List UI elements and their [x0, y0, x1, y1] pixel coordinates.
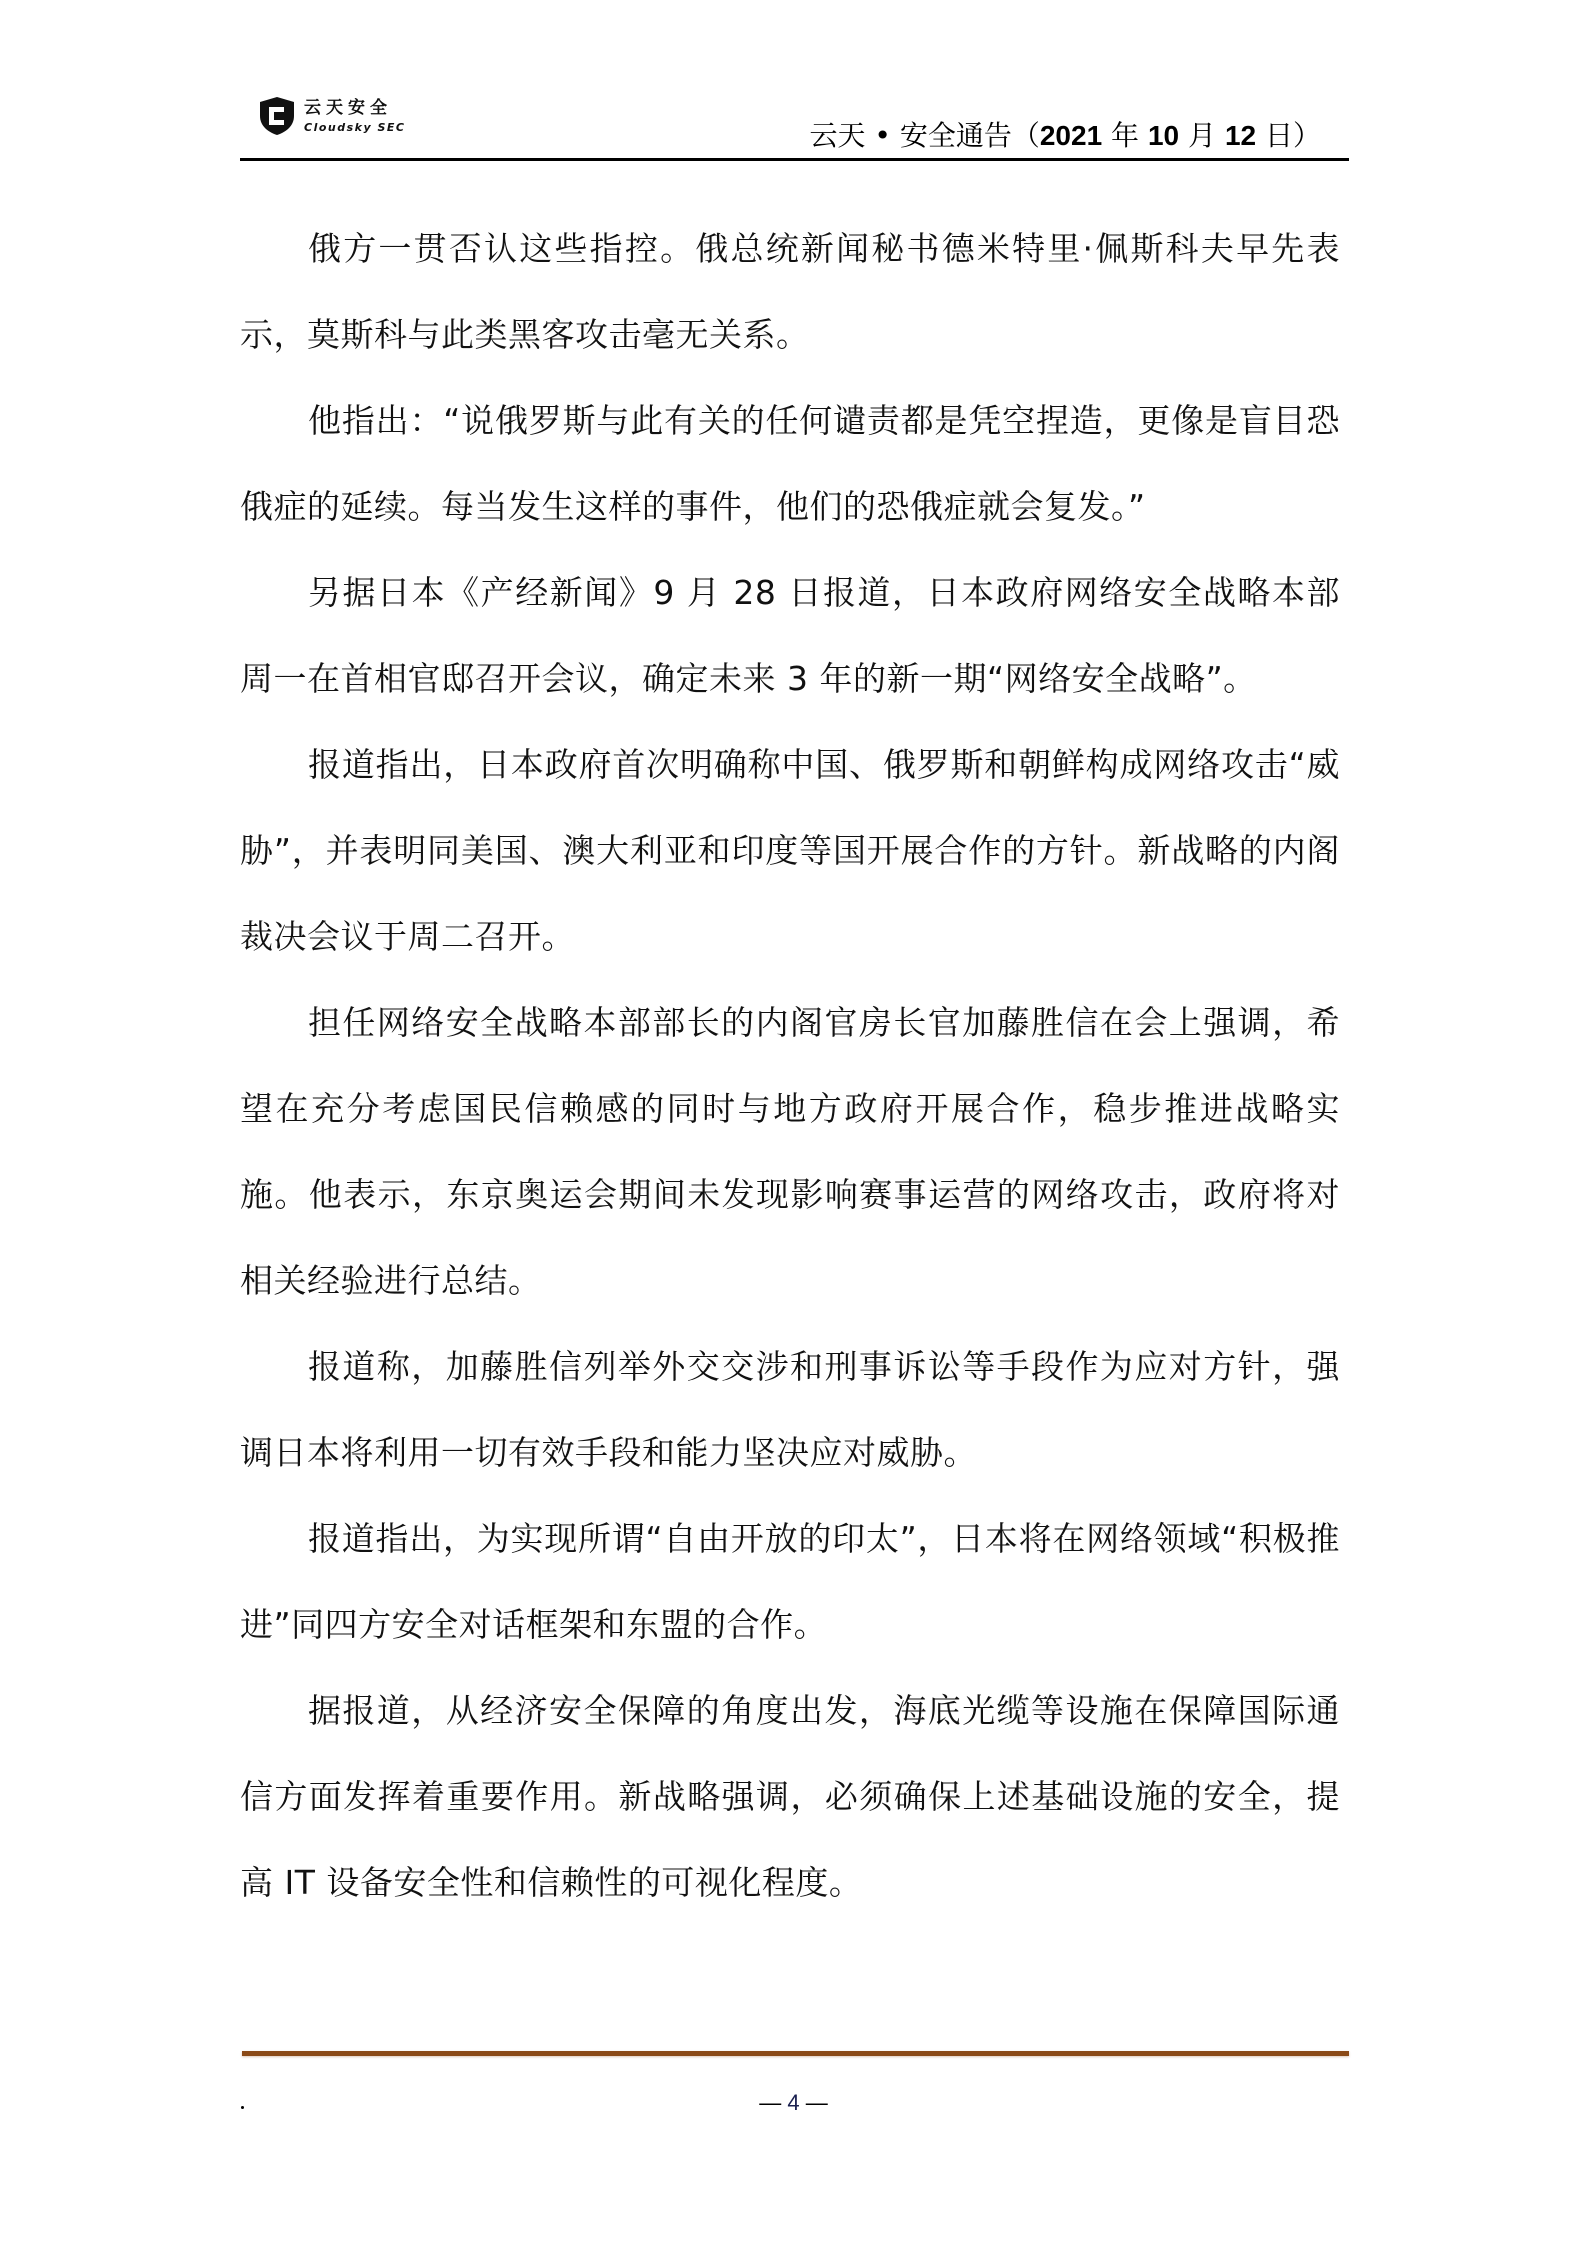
- paragraph: 另据日本《产经新闻》9 月 28 日报道，日本政府网络安全战略本部周一在首相官邸…: [240, 550, 1340, 722]
- paragraph: 报道指出，为实现所谓“自由开放的印太”，日本将在网络领域“积极推进”同四方安全对…: [240, 1496, 1340, 1668]
- page-dash-right: —: [800, 2090, 828, 2115]
- bulletin-month-unit: 月: [1179, 119, 1225, 152]
- paragraph: 担任网络安全战略本部部长的内阁官房长官加藤胜信在会上强调，希望在充分考虑国民信赖…: [240, 980, 1340, 1324]
- bulletin-day: 12: [1225, 120, 1256, 151]
- page-number: — 4 —: [0, 2090, 1587, 2116]
- paragraph: 他指出：“说俄罗斯与此有关的任何谴责都是凭空捏造，更像是盲目恐俄症的延续。每当发…: [240, 378, 1340, 550]
- bulletin-year-unit: 年: [1102, 119, 1148, 152]
- paragraph: 报道指出，日本政府首次明确称中国、俄罗斯和朝鲜构成网络攻击“威胁”，并表明同美国…: [240, 722, 1340, 980]
- bulletin-month: 10: [1148, 120, 1179, 151]
- article-body: 俄方一贯否认这些指控。俄总统新闻秘书德米特里·佩斯科夫早先表示，莫斯科与此类黑客…: [240, 206, 1340, 1926]
- bulletin-year: 2021: [1040, 120, 1102, 151]
- page-header: 云天安全 Cloudsky SEC 云天 • 安全通告（2021 年 10 月 …: [240, 88, 1349, 160]
- paragraph: 俄方一贯否认这些指控。俄总统新闻秘书德米特里·佩斯科夫早先表示，莫斯科与此类黑客…: [240, 206, 1340, 378]
- page-number-value: 4: [787, 2090, 799, 2115]
- bulletin-title-prefix: 云天 • 安全通告（: [810, 119, 1040, 152]
- brand-name-en: Cloudsky SEC: [304, 122, 405, 133]
- bulletin-day-unit: 日）: [1256, 119, 1321, 152]
- brand-logo: 云天安全 Cloudsky SEC: [258, 96, 405, 136]
- page-dash-left: —: [759, 2090, 787, 2115]
- bulletin-title: 云天 • 安全通告（2021 年 10 月 12 日）: [810, 114, 1321, 154]
- cloudsky-shield-logo-icon: [258, 96, 296, 136]
- paragraph: 据报道，从经济安全保障的角度出发，海底光缆等设施在保障国际通信方面发挥着重要作用…: [240, 1668, 1340, 1926]
- brand-name-cn: 云天安全: [304, 100, 405, 117]
- header-divider: [240, 158, 1349, 161]
- footer-divider: [242, 2051, 1349, 2056]
- paragraph: 报道称，加藤胜信列举外交交涉和刑事诉讼等手段作为应对方针，强调日本将利用一切有效…: [240, 1324, 1340, 1496]
